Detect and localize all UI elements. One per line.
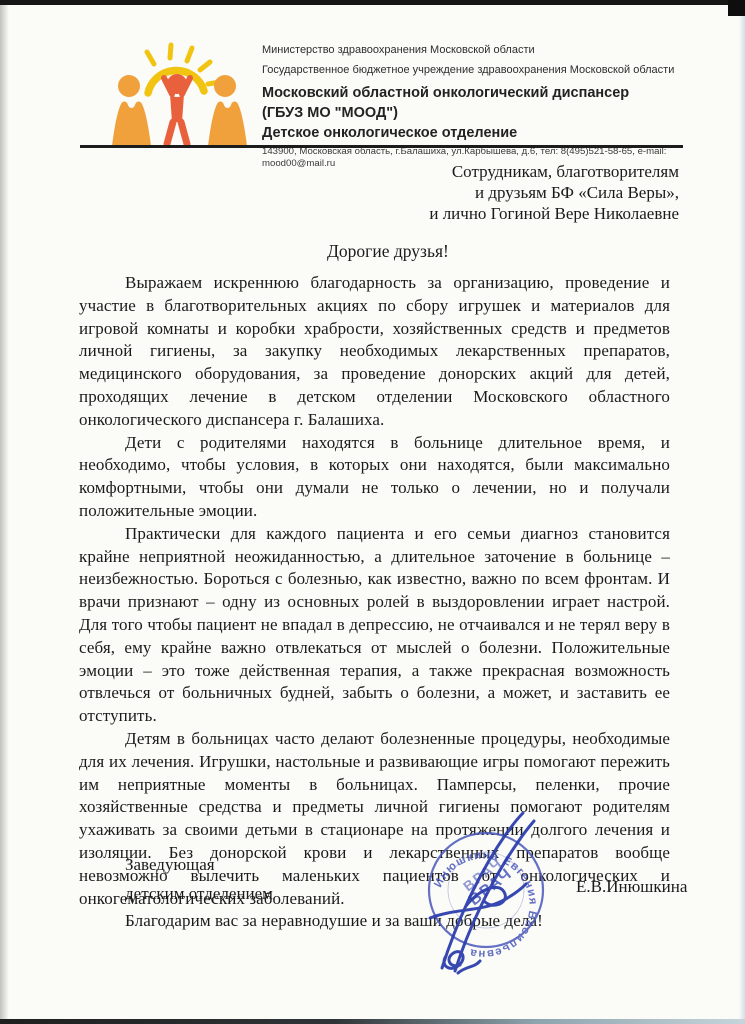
scan-edge-left <box>0 5 9 1019</box>
addressee-line: и лично Гогиной Вере Николаевне <box>429 203 679 224</box>
salutation: Дорогие друзья! <box>327 241 449 262</box>
addressee-block: Сотрудникам, благотворителям и друзьям Б… <box>429 161 679 224</box>
scan-edge-corner <box>728 0 745 16</box>
organization-logo <box>104 38 250 148</box>
adult-figure-right-icon <box>208 75 247 146</box>
child-figure-icon <box>164 74 190 144</box>
scan-edge-right <box>739 16 745 1019</box>
header-divider <box>80 145 683 148</box>
scan-edge-bottom <box>0 1019 745 1024</box>
signatory-title-line: Заведующая <box>125 850 273 879</box>
ministry-line: Министерство здравоохранения Московской … <box>262 44 732 57</box>
scanned-letter-page: Министерство здравоохранения Московской … <box>0 0 745 1024</box>
organization-name: Московский областной онкологический дисп… <box>262 84 732 102</box>
signatory-title-line: детским отделением <box>125 879 273 908</box>
institution-line: Государственное бюджетное учреждение здр… <box>262 64 732 77</box>
paragraph: Благодарим вас за неравнодушие и за ваши… <box>79 910 670 933</box>
paragraph: Дети с родителями находятся в больнице д… <box>79 432 670 523</box>
signatory-title: Заведующая детским отделением <box>125 850 273 908</box>
doctor-stamp: Инюшкина Евгения Васильевна ВРАЧ ВРАЧ <box>408 806 568 978</box>
adult-figure-left-icon <box>112 75 151 146</box>
addressee-line: и друзьям БФ «Сила Веры», <box>429 182 679 203</box>
letterhead: Министерство здравоохранения Московской … <box>262 44 732 170</box>
signatory-name: Е.В.Инюшкина <box>576 877 687 897</box>
letter-body: Выражаем искреннюю благодарность за орга… <box>79 272 670 933</box>
paragraph: Выражаем искреннюю благодарность за орга… <box>79 272 670 432</box>
addressee-line: Сотрудникам, благотворителям <box>429 161 679 182</box>
organization-abbr: (ГБУЗ МО "МООД") <box>262 104 732 122</box>
paragraph: Практически для каждого пациента и его с… <box>79 523 670 728</box>
scan-edge-top <box>0 0 745 5</box>
department-name: Детское онкологическое отделение <box>262 124 732 142</box>
